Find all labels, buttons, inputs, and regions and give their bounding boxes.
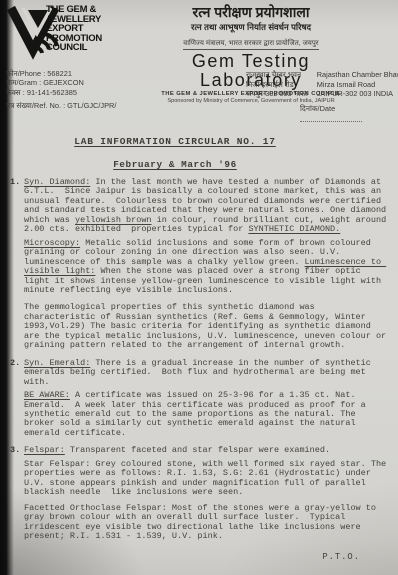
- paragraph-facetted-felspar: Facetted Orthoclase Felspar: Most of the…: [24, 504, 390, 542]
- address-line: जयपुर-302 003 भारत: [246, 89, 308, 99]
- address-line: Rajasthan Chamber Bhawan: [317, 70, 398, 80]
- paragraph-gemmology: The gemmological properties of this synt…: [24, 303, 390, 350]
- address-line: Mirza Ismail Road: [317, 80, 398, 90]
- paragraph-star-felspar: Star Felspar: Grey coloured stone, with …: [24, 460, 390, 498]
- circular-body: 1. Syn. Diamond: In the last month we ha…: [10, 178, 390, 541]
- phone-line: फोन/Phone : 568221: [6, 69, 84, 78]
- circular-period: February & March '96: [20, 159, 330, 170]
- pto-footer: P.T.O.: [322, 552, 360, 562]
- contact-block: फोन/Phone : 568221 ग्राम/Gram : GEJEXCON…: [6, 69, 84, 97]
- paragraph-microscopy: Microscopy: Metalic solid inclusions and…: [24, 239, 390, 296]
- address-line: राजस्थान चैम्बर भवन: [246, 70, 308, 80]
- paragraph: Syn. Emerald: There is a gradual increas…: [24, 359, 390, 387]
- paragraph: Felspar: Transparent faceted and star fe…: [24, 446, 390, 455]
- fax-line: फैक्स : 91-141-562385: [6, 88, 84, 97]
- date-line: दिनांक/Date: [300, 104, 398, 124]
- circular-title: LAB INFORMATION CIRCULAR NO. 17: [20, 136, 330, 147]
- date-dotted-rule: [300, 114, 362, 122]
- logo-line: COUNCIL: [46, 43, 136, 53]
- gram-line: ग्राम/Gram : GEJEXCON: [6, 78, 84, 87]
- item-felspar: 3. Felspar: Transparent faceted and star…: [10, 446, 390, 455]
- paragraph-be-aware: BE AWARE: A certificate was issued on 25…: [24, 391, 390, 438]
- address-english: Rajasthan Chamber Bhawan Mirza Ismail Ro…: [317, 70, 398, 99]
- paragraph: Syn. Diamond: In the last month we have …: [24, 178, 390, 235]
- address-block: राजस्थान चैम्बर भवन मिर्जा इस्माईल रोड ज…: [246, 70, 398, 99]
- hindi-subtitle: रत्न तथा आभूषण निर्यात संवर्धन परिषद: [138, 22, 364, 32]
- hindi-title: रत्न परीक्षण प्रयोगशाला: [138, 4, 364, 20]
- item-number: 1.: [10, 178, 24, 235]
- item-syn-emerald: 2. Syn. Emerald: There is a gradual incr…: [10, 359, 390, 387]
- address-line: JAIPUR-302 003 INDIA: [317, 89, 398, 99]
- logo-wordmark: THE GEM & JEWELLERY EXPORT PROMOTION COU…: [46, 5, 136, 53]
- scanned-lab-circular-page: THE GEM & JEWELLERY EXPORT PROMOTION COU…: [0, 0, 398, 575]
- item-number: 3.: [10, 446, 24, 455]
- address-hindi: राजस्थान चैम्बर भवन मिर्जा इस्माईल रोड ज…: [246, 70, 308, 99]
- hindi-sponsor-line: वाणिज्य मंत्रालय, भारत सरकार द्वारा प्रा…: [183, 40, 318, 50]
- date-label: दिनांक/Date: [300, 104, 335, 113]
- item-number: 2.: [10, 359, 24, 387]
- item-syn-diamond: 1. Syn. Diamond: In the last month we ha…: [10, 178, 390, 235]
- ref-number-line: पत्र संख्या/Ref. No. : GTL/GJC/JPR/: [6, 101, 116, 111]
- address-line: मिर्जा इस्माईल रोड: [246, 80, 308, 90]
